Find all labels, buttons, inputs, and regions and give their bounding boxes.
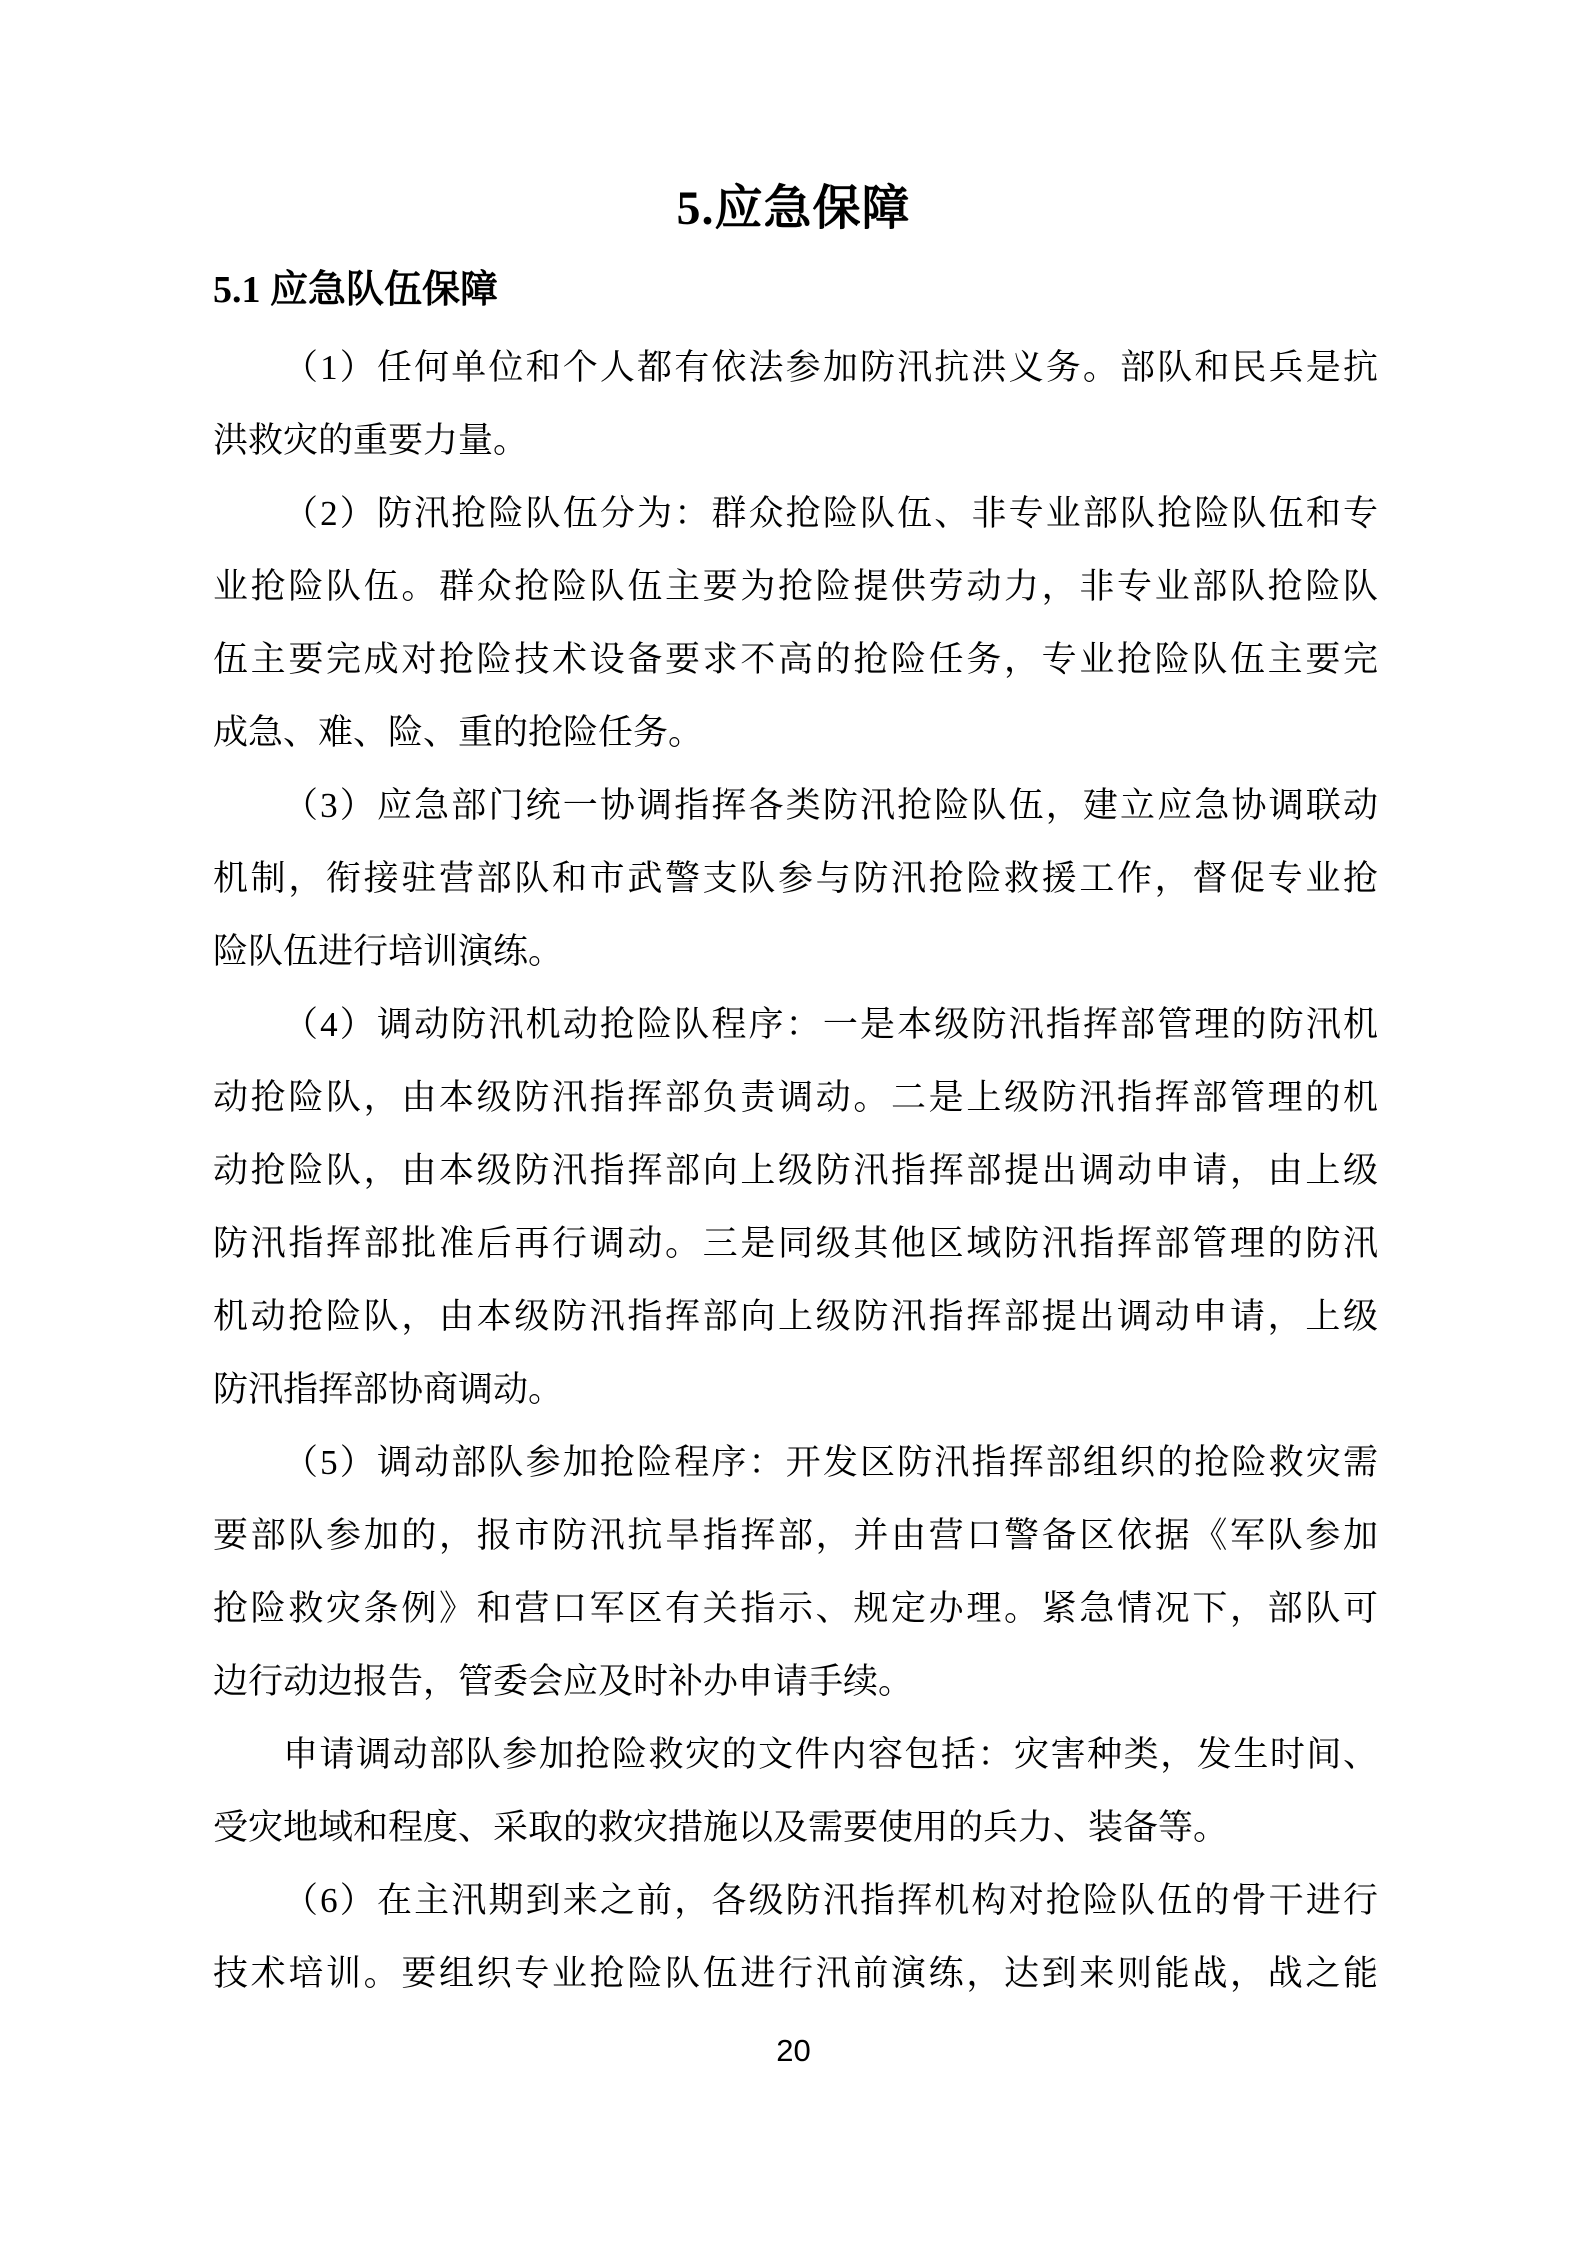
document-page: 5.应急保障 5.1 应急队伍保障 （1）任何单位和个人都有依法参加防汛抗洪义务… xyxy=(0,0,1587,2245)
section-heading: 5.1 应急队伍保障 xyxy=(213,267,498,313)
text-line: 边行动边报告，管委会应及时补办申请手续。 xyxy=(213,1645,1378,1718)
text-line: 成急、难、险、重的抢险任务。 xyxy=(213,696,1378,769)
text-line: 险队伍进行培训演练。 xyxy=(213,915,1378,988)
text-line: 动抢险队，由本级防汛指挥部向上级防汛指挥部提出调动申请，由上级 xyxy=(213,1134,1378,1207)
text-line: 受灾地域和程度、采取的救灾措施以及需要使用的兵力、装备等。 xyxy=(213,1791,1378,1864)
page-number: 20 xyxy=(0,2033,1587,2069)
paragraph: （1）任何单位和个人都有依法参加防汛抗洪义务。部队和民兵是抗洪救灾的重要力量。 xyxy=(213,331,1378,477)
text-line: 洪救灾的重要力量。 xyxy=(213,404,1378,477)
text-line: （4）调动防汛机动抢险队程序：一是本级防汛指挥部管理的防汛机 xyxy=(213,988,1378,1061)
text-line: （3）应急部门统一协调指挥各类防汛抢险队伍，建立应急协调联动 xyxy=(213,769,1378,842)
text-line: 伍主要完成对抢险技术设备要求不高的抢险任务，专业抢险队伍主要完 xyxy=(213,623,1378,696)
text-line: 抢险救灾条例》和营口军区有关指示、规定办理。紧急情况下，部队可 xyxy=(213,1572,1378,1645)
text-line: 技术培训。要组织专业抢险队伍进行汛前演练，达到来则能战，战之能 xyxy=(213,1937,1378,2010)
paragraph: （4）调动防汛机动抢险队程序：一是本级防汛指挥部管理的防汛机动抢险队，由本级防汛… xyxy=(213,988,1378,1426)
paragraph: （5）调动部队参加抢险程序：开发区防汛指挥部组织的抢险救灾需要部队参加的，报市防… xyxy=(213,1426,1378,1718)
text-line: 防汛指挥部批准后再行调动。三是同级其他区域防汛指挥部管理的防汛 xyxy=(213,1207,1378,1280)
text-line: 机制，衔接驻营部队和市武警支队参与防汛抢险救援工作，督促专业抢 xyxy=(213,842,1378,915)
text-line: （1）任何单位和个人都有依法参加防汛抗洪义务。部队和民兵是抗 xyxy=(213,331,1378,404)
text-line: （6）在主汛期到来之前，各级防汛指挥机构对抢险队伍的骨干进行 xyxy=(213,1864,1378,1937)
text-line: 防汛指挥部协商调动。 xyxy=(213,1353,1378,1426)
text-line: 机动抢险队，由本级防汛指挥部向上级防汛指挥部提出调动申请，上级 xyxy=(213,1280,1378,1353)
text-line: 要部队参加的，报市防汛抗旱指挥部，并由营口警备区依据《军队参加 xyxy=(213,1499,1378,1572)
text-line: 业抢险队伍。群众抢险队伍主要为抢险提供劳动力，非专业部队抢险队 xyxy=(213,550,1378,623)
text-line: （5）调动部队参加抢险程序：开发区防汛指挥部组织的抢险救灾需 xyxy=(213,1426,1378,1499)
paragraph: （2）防汛抢险队伍分为：群众抢险队伍、非专业部队抢险队伍和专业抢险队伍。群众抢险… xyxy=(213,477,1378,769)
page-title: 5.应急保障 xyxy=(0,183,1587,235)
text-line: 动抢险队，由本级防汛指挥部负责调动。二是上级防汛指挥部管理的机 xyxy=(213,1061,1378,1134)
paragraph: （3）应急部门统一协调指挥各类防汛抢险队伍，建立应急协调联动机制，衔接驻营部队和… xyxy=(213,769,1378,988)
text-line: 申请调动部队参加抢险救灾的文件内容包括：灾害种类，发生时间、 xyxy=(213,1718,1378,1791)
paragraph: 申请调动部队参加抢险救灾的文件内容包括：灾害种类，发生时间、受灾地域和程度、采取… xyxy=(213,1718,1378,1864)
text-line: （2）防汛抢险队伍分为：群众抢险队伍、非专业部队抢险队伍和专 xyxy=(213,477,1378,550)
paragraph: （6）在主汛期到来之前，各级防汛指挥机构对抢险队伍的骨干进行技术培训。要组织专业… xyxy=(213,1864,1378,2010)
document-body: （1）任何单位和个人都有依法参加防汛抗洪义务。部队和民兵是抗洪救灾的重要力量。（… xyxy=(213,331,1378,2010)
